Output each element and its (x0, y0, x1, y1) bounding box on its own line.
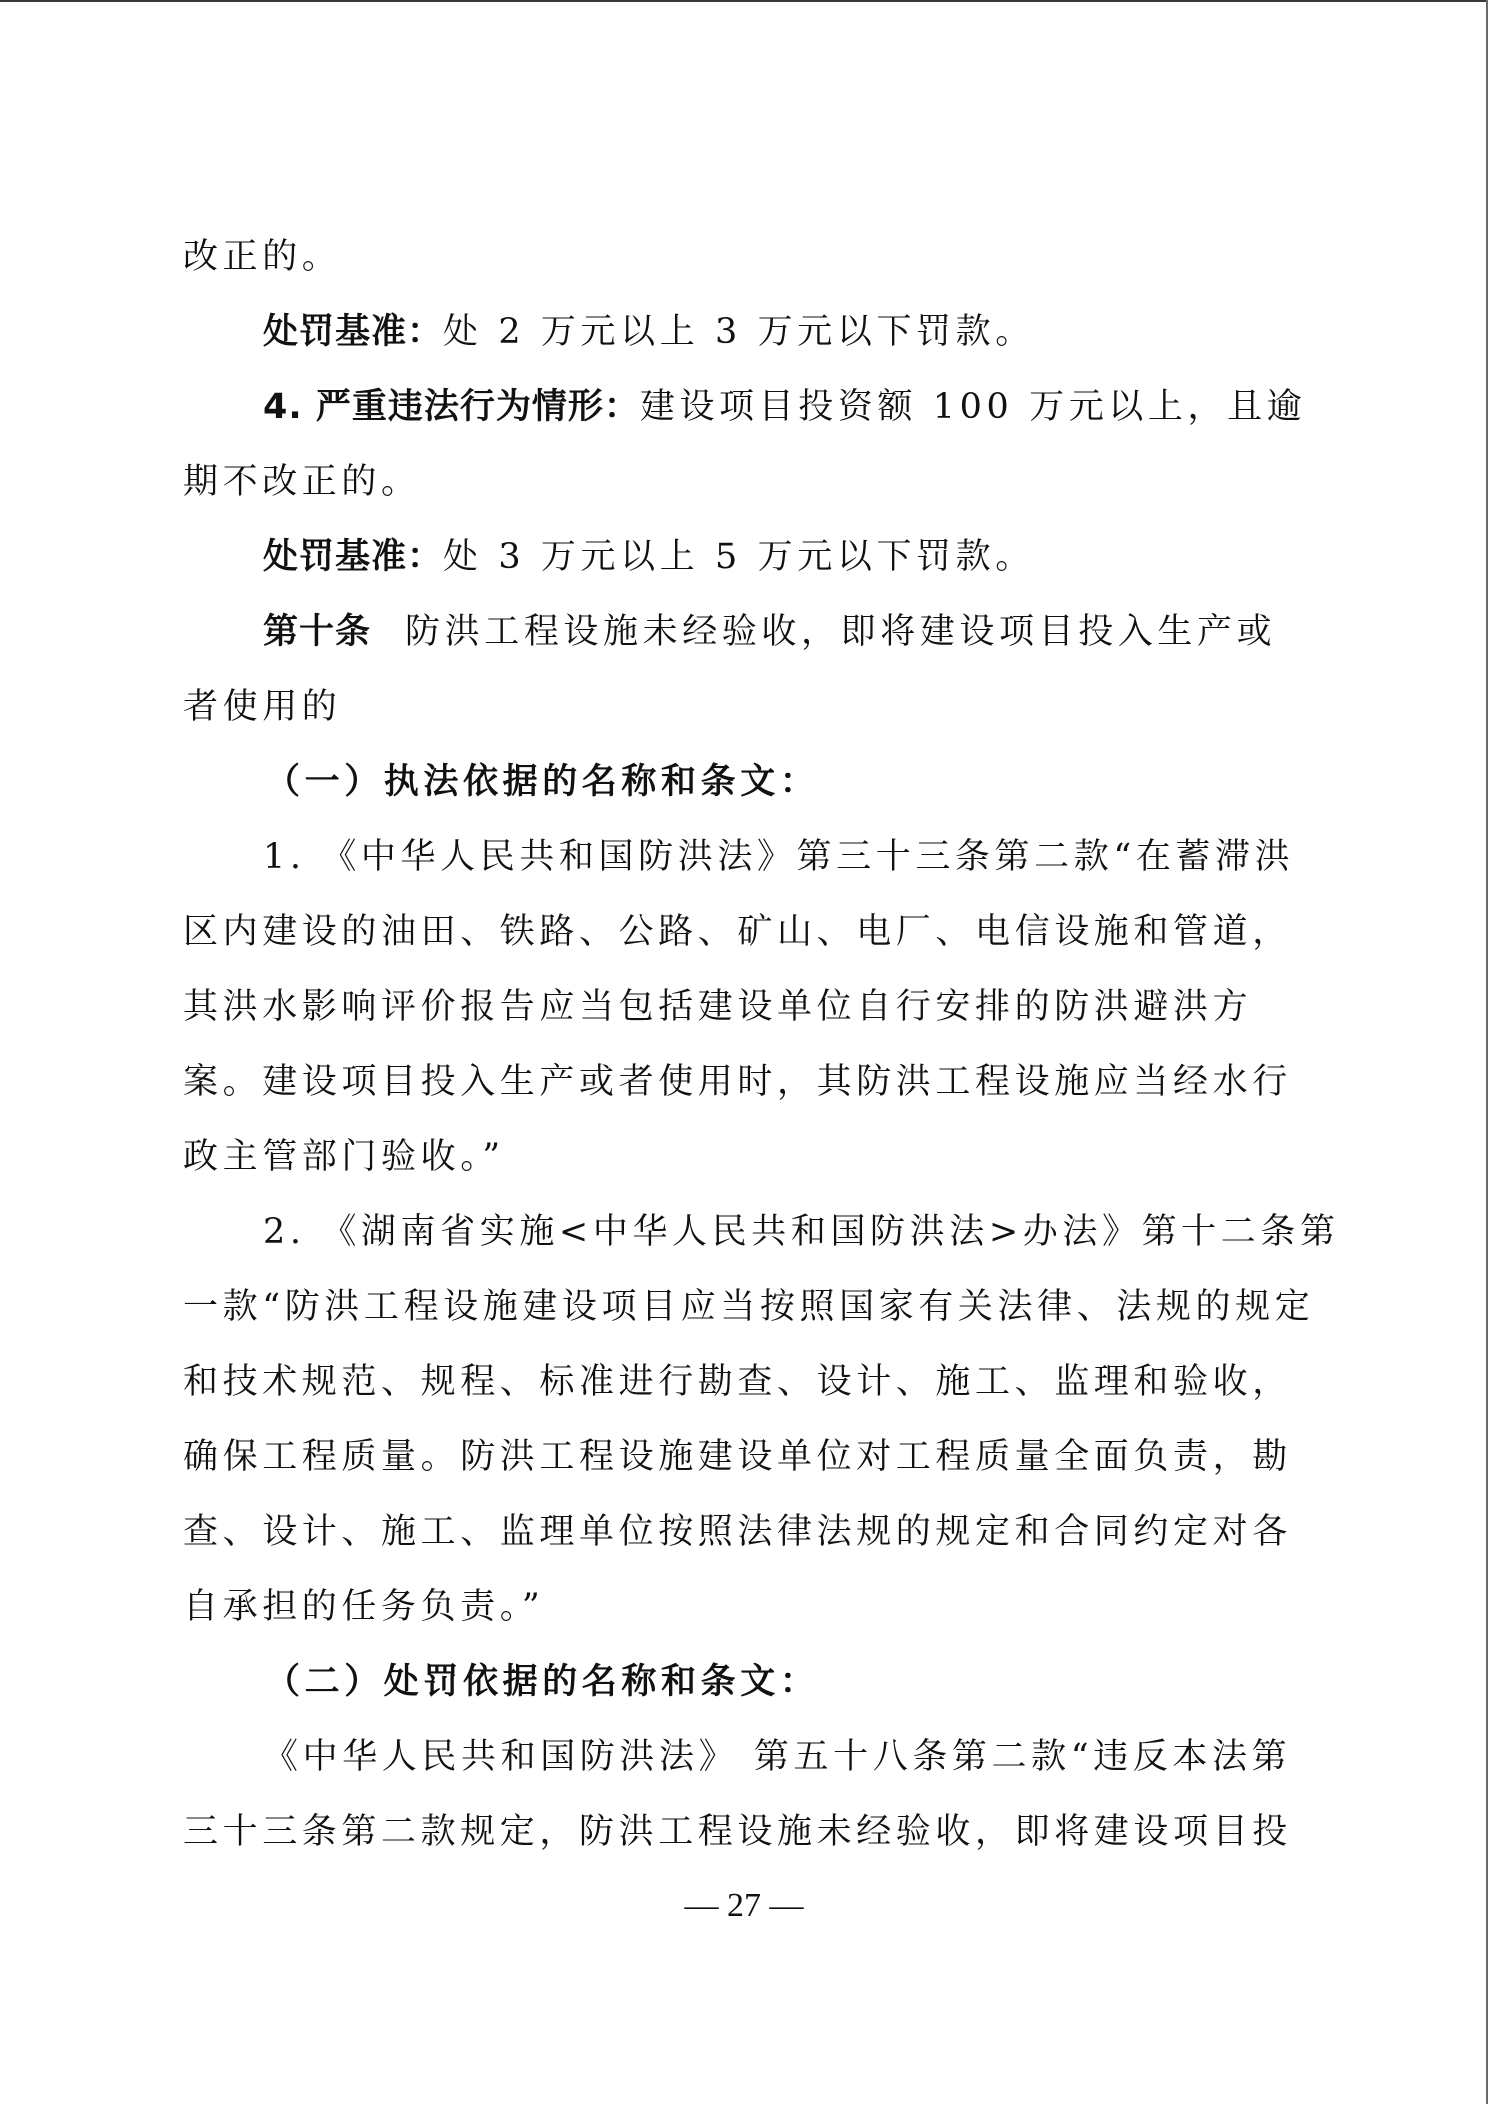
penalty-standard-label: 处罚基准： (263, 312, 443, 352)
section-heading: （一）执法依据的名称和条文： (265, 761, 819, 802)
text-line: 案。建设项目投入生产或者使用时，其防洪工程设施应当经水行 (183, 1057, 1311, 1132)
penalty-standard-text: 处 3 万元以上 5 万元以下罚款。 (443, 537, 1035, 577)
page-border-top (0, 0, 1488, 2)
paragraph-text: 自承担的任务负责。” (183, 1587, 544, 1627)
paragraph-text: 三十三条第二款规定，防洪工程设施未经验收，即将建设项目投 (183, 1812, 1292, 1852)
paragraph-text: 政主管部门验收。” (183, 1137, 505, 1177)
section-heading-penalty-basis: （二）处罚依据的名称和条文： (183, 1657, 1311, 1732)
penalty-standard-line: 处罚基准：处 2 万元以上 3 万元以下罚款。 (183, 307, 1311, 382)
penalty-standard-label: 处罚基准： (263, 537, 443, 577)
paragraph-text: 查、设计、施工、监理单位按照法律法规的规定和合同约定对各 (183, 1512, 1292, 1552)
paragraph-text: 《中华人民共和国防洪法》 第五十八条第二款“违反本法第 (263, 1737, 1291, 1777)
paragraph-text: 改正的。 (183, 237, 341, 277)
article-title-text: 防洪工程设施未经验收，即将建设项目投入生产或 (405, 612, 1276, 652)
paragraph-text: 1. 《中华人民共和国防洪法》第三十三条第二款“在蓄滞洪 (263, 837, 1294, 877)
text-line: 和技术规范、规程、标准进行勘查、设计、施工、监理和验收， (183, 1357, 1311, 1432)
paragraph-text: 其洪水影响评价报告应当包括建设单位自行安排的防洪避洪方 (183, 987, 1252, 1027)
text-line: 改正的。 (183, 232, 1311, 307)
paragraph-text: 2. 《湖南省实施<中华人民共和国防洪法>办法》第十二条第 (263, 1212, 1340, 1252)
violation-case-text: 建设项目投资额 100 万元以上，且逾 (640, 387, 1306, 427)
paragraph-text: 确保工程质量。防洪工程设施建设单位对工程质量全面负责，勘 (183, 1437, 1292, 1477)
text-line: 三十三条第二款规定，防洪工程设施未经验收，即将建设项目投 (183, 1807, 1311, 1882)
paragraph-text: 期不改正的。 (183, 462, 421, 502)
article-title-line: 第十条防洪工程设施未经验收，即将建设项目投入生产或 (183, 607, 1311, 682)
text-line: 2. 《湖南省实施<中华人民共和国防洪法>办法》第十二条第 (183, 1207, 1311, 1282)
text-line: 《中华人民共和国防洪法》 第五十八条第二款“违反本法第 (183, 1732, 1311, 1807)
page-number: — 27 — (0, 1884, 1488, 1928)
paragraph-text: 区内建设的油田、铁路、公路、矿山、电厂、电信设施和管道， (183, 912, 1292, 952)
paragraph-text: 者使用的 (183, 687, 341, 727)
section-heading-enforcement-basis: （一）执法依据的名称和条文： (183, 757, 1311, 832)
text-line: 1. 《中华人民共和国防洪法》第三十三条第二款“在蓄滞洪 (183, 832, 1311, 907)
paragraph-text: 和技术规范、规程、标准进行勘查、设计、施工、监理和验收， (183, 1362, 1292, 1402)
text-line: 自承担的任务负责。” (183, 1582, 1311, 1657)
violation-case-line: 4. 严重违法行为情形：建设项目投资额 100 万元以上，且逾 (183, 382, 1311, 457)
paragraph-text: 案。建设项目投入生产或者使用时，其防洪工程设施应当经水行 (183, 1062, 1292, 1102)
text-line: 政主管部门验收。” (183, 1132, 1311, 1207)
penalty-standard-line: 处罚基准：处 3 万元以上 5 万元以下罚款。 (183, 532, 1311, 607)
document-body: 改正的。 处罚基准：处 2 万元以上 3 万元以下罚款。 4. 严重违法行为情形… (183, 232, 1311, 1882)
text-line: 者使用的 (183, 682, 1311, 757)
article-number: 第十条 (263, 612, 371, 652)
text-line: 查、设计、施工、监理单位按照法律法规的规定和合同约定对各 (183, 1507, 1311, 1582)
paragraph-text: 一款“防洪工程设施建设项目应当按照国家有关法律、法规的规定 (183, 1287, 1314, 1327)
text-line: 区内建设的油田、铁路、公路、矿山、电厂、电信设施和管道， (183, 907, 1311, 982)
text-line: 确保工程质量。防洪工程设施建设单位对工程质量全面负责，勘 (183, 1432, 1311, 1507)
penalty-standard-text: 处 2 万元以上 3 万元以下罚款。 (443, 312, 1035, 352)
text-line: 期不改正的。 (183, 457, 1311, 532)
text-line: 其洪水影响评价报告应当包括建设单位自行安排的防洪避洪方 (183, 982, 1311, 1057)
text-line: 一款“防洪工程设施建设项目应当按照国家有关法律、法规的规定 (183, 1282, 1311, 1357)
violation-case-label: 4. 严重违法行为情形： (263, 387, 640, 427)
section-heading: （二）处罚依据的名称和条文： (265, 1661, 819, 1702)
